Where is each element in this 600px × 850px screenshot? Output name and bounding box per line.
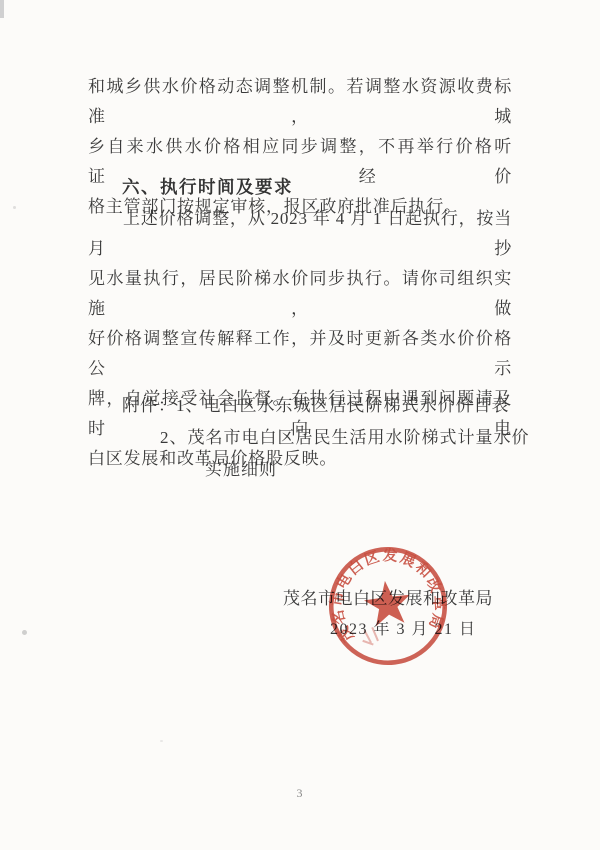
attachments-block: 附件：1、电白区水东城区居民阶梯式水价价目表 2、茂名市电白区居民生活用水阶梯式…: [122, 390, 530, 486]
seal-group: 茂名市电白区发展和改革局: [321, 539, 455, 670]
attachment-item-1: 1、电白区水东城区居民阶梯式水价价目表: [176, 396, 510, 415]
scan-speck: [22, 630, 27, 635]
scan-corner-mark: [0, 0, 4, 18]
seal-inner-marks: [361, 627, 378, 646]
paragraph-line: 和城乡供水价格动态调整机制。若调整水资源收费标准，城: [88, 72, 512, 132]
paragraph-continuation: 和城乡供水价格动态调整机制。若调整水资源收费标准，城 乡自来水供水价格相应同步调…: [88, 72, 512, 222]
scan-speck: [13, 206, 16, 209]
paragraph-line: 上述价格调整，从 2023 年 4 月 1 日起执行，按当月抄: [88, 204, 512, 264]
attachment-line-3: 实施细则: [205, 454, 530, 486]
scan-speck: [160, 740, 163, 742]
page-number: 3: [0, 786, 600, 801]
section-heading: 六、执行时间及要求: [122, 174, 293, 199]
paragraph-line: 好价格调整宣传解释工作，并及时更新各类水价价格公示: [88, 324, 512, 384]
paragraph-line: 见水量执行，居民阶梯水价同步执行。请你司组织实施，做: [88, 264, 512, 324]
seal-star-icon: [362, 578, 413, 627]
attachment-line-1: 附件：1、电白区水东城区居民阶梯式水价价目表: [122, 390, 530, 422]
official-seal: 茂名市电白区发展和改革局: [312, 530, 464, 682]
attachment-line-2: 2、茂名市电白区居民生活用水阶梯式计量水价: [160, 422, 530, 454]
document-page: 和城乡供水价格动态调整机制。若调整水资源收费标准，城 乡自来水供水价格相应同步调…: [0, 0, 600, 850]
attachments-label: 附件：: [122, 396, 176, 415]
